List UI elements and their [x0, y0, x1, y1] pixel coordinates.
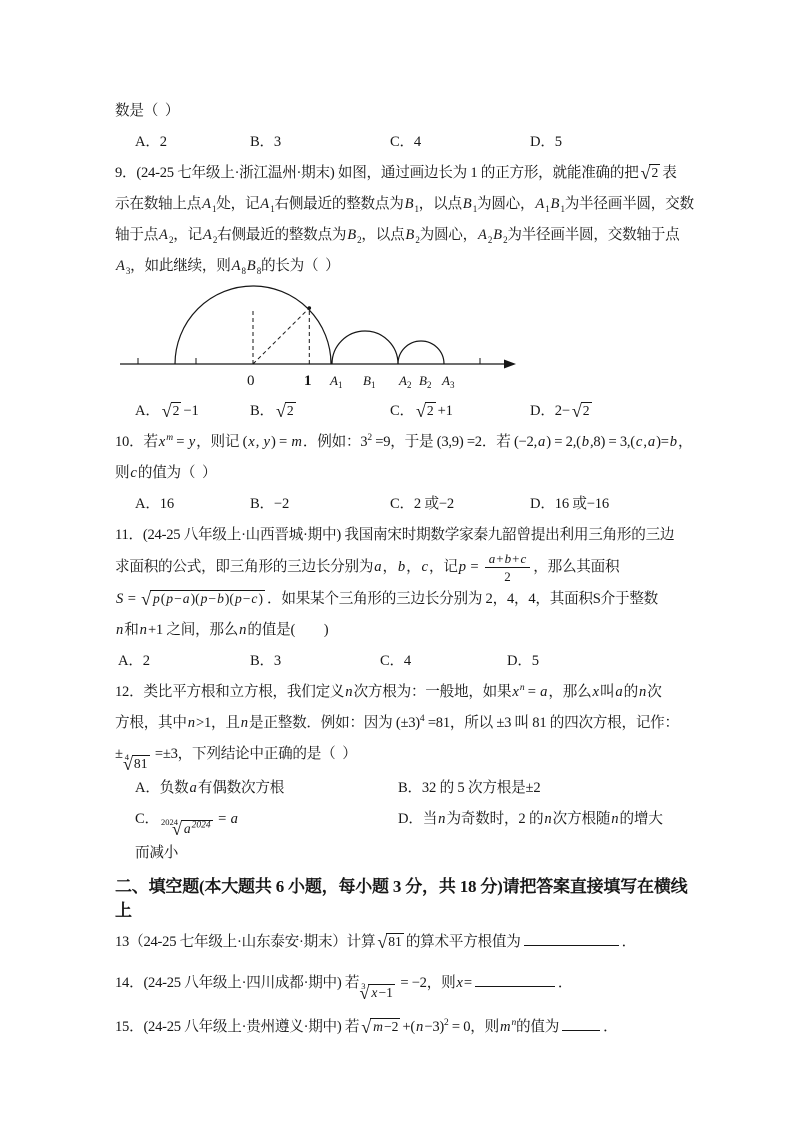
text-run: ，如此继续，则 [130, 258, 230, 274]
point-subscript: 3 [450, 380, 455, 390]
text-run: 11．(24-25 八年级上·山西晋城·期中) 我国南宋时期数学家秦九韶曾提出利… [115, 527, 674, 543]
nth-root: 4√81 [125, 755, 150, 773]
option-cell: C．2024√a2024 = a [135, 804, 398, 838]
math-variable: S [115, 591, 124, 607]
text-run: =±3，下列结论中正确的是（ ） [152, 746, 357, 762]
text-run: 次方根为：一般地，如果 [354, 684, 512, 700]
math-variable: b [581, 434, 590, 450]
text-run: ． [603, 1019, 617, 1035]
denominator: 2 [485, 568, 530, 585]
root-index: 3 [361, 982, 365, 991]
radicand: 2 [285, 402, 296, 420]
text-run: 求面积的公式，即三角形的三边长分别为 [115, 559, 373, 575]
text-run: 右侧最近的整数点为 [217, 227, 346, 243]
option-cell: C．4 [380, 646, 507, 677]
text-line: 则c的值为（ ） [115, 458, 703, 489]
math-variable: n [344, 684, 353, 700]
text-line: 示在数轴上点A1处，记A1右侧最近的整数点为B1，以点B1为圆心，A1B1为半径… [115, 189, 703, 220]
point-letter: A [329, 373, 338, 388]
text-run: A． [135, 403, 160, 419]
text-run: 叫 [600, 684, 614, 700]
text-line: 10．若xm = y，则记 (x, y) = m．例如：32 =9，于是 (3,… [115, 427, 703, 458]
text-line: 轴于点A2，记A2右侧最近的整数点为B2，以点B2为圆心，A2B2为半径画半圆，… [115, 220, 703, 251]
math-variable: c [519, 551, 527, 566]
text-run: − [208, 591, 216, 606]
text-run: = [124, 591, 139, 607]
text-run: ) [258, 591, 263, 606]
text-run: 的长为（ ） [261, 258, 340, 274]
numerator: a+b+c [485, 551, 530, 568]
fraction: a+b+c2 [485, 551, 530, 584]
point-subscript: 2 [427, 380, 432, 390]
text-run: 和 [124, 622, 138, 638]
text-run: B．3 [250, 134, 281, 150]
text-run: C．4 [380, 653, 411, 669]
text-run: ，以点 [419, 196, 462, 212]
text-run: )= [656, 434, 669, 450]
text-line: 方根，其中n>1，且n是正整数．例如：因为 (±3)4 =81，所以 ±3 叫 … [115, 708, 703, 739]
point-letter: A [398, 373, 407, 388]
math-variable: a [189, 780, 198, 796]
text-run: B． [250, 403, 274, 419]
text-run: 的 [624, 684, 638, 700]
subscript: 1 [545, 204, 549, 214]
math-variable: a [488, 551, 497, 566]
math-variable: A [201, 196, 212, 212]
text-run: 2 [287, 403, 294, 418]
options-row: A．16B．−2C．2 或−2D．16 或−16 [135, 489, 703, 520]
square-corner-point [308, 306, 312, 310]
text-run: D．2− [530, 403, 570, 419]
radicand: x−1 [368, 984, 395, 1002]
radicand: 81 [132, 755, 150, 773]
point-subscript: 1 [338, 380, 343, 390]
math-variable: a [614, 684, 623, 700]
text-run: 81 [134, 756, 148, 771]
text-line: 14．(24-25 八年级上·四川成都·期中) 若3√x−1 = −2，则x=． [115, 968, 703, 1002]
square-root: √2 [641, 164, 661, 182]
content-flow-top: 数是（ ）A．2B．3C．4D．59．(24-25 七年级上·浙江温州·期末) … [115, 96, 703, 282]
math-variable: b [669, 434, 678, 450]
text-run: C． [390, 403, 414, 419]
math-variable: b [216, 591, 225, 606]
text-run: 9．(24-25 七年级上·浙江温州·期末) 如图，通过画边长为 1 的正方形，… [115, 165, 639, 181]
math-variable: x [158, 434, 166, 450]
text-run: = [464, 975, 472, 991]
option-cell: A．√2−1 [135, 396, 250, 427]
point-letter: B [419, 373, 427, 388]
text-run: = [173, 434, 188, 450]
options-row: A．2B．3C．4D．5 [118, 646, 703, 677]
math-variable: A [477, 227, 488, 243]
option-cell: C．4 [390, 127, 530, 158]
text-run: ， [406, 559, 420, 575]
text-run: 为半径画半圆，交数轴于点 [507, 227, 679, 243]
point-label-a3: A3 [441, 373, 455, 390]
text-run: B．32 的 5 次方根是±2 [398, 780, 540, 796]
point-label-b1: B1 [363, 373, 375, 390]
text-run: D．16 或−16 [530, 496, 609, 512]
math-variable: n [240, 715, 249, 731]
text-run: ， [678, 434, 692, 450]
option-cell: D．16 或−16 [530, 489, 609, 520]
axis-arrow-icon [504, 360, 516, 369]
semicircle-medium [332, 331, 398, 364]
text-run: 右侧最近的整数点为 [274, 196, 403, 212]
math-variable: A [115, 258, 126, 274]
math-variable: x [591, 684, 599, 700]
option-cell: B．3 [250, 127, 390, 158]
text-run: =81，所以 ±3 叫 81 的四次方根，记作： [424, 715, 678, 731]
math-variable: a [183, 821, 192, 836]
math-variable: A [534, 196, 545, 212]
text-line: 9．(24-25 七年级上·浙江温州·期末) 如图，通过画边长为 1 的正方形，… [115, 158, 703, 189]
math-variable: A [259, 196, 270, 212]
number-line-diagram: 0 1 A1 B1 A2 B2 A3 [118, 284, 516, 396]
text-run: 次方根随 [553, 811, 611, 827]
math-variable: B [492, 227, 503, 243]
text-run: ) = [271, 434, 290, 450]
option-cell: B．√2 [250, 396, 390, 427]
option-cell: B．−2 [250, 489, 390, 520]
text-run: C．4 [390, 134, 421, 150]
radicand: 2 [425, 402, 436, 420]
math-variable: A [231, 258, 242, 274]
math-variable: x [247, 434, 255, 450]
square-root: √p(p−a)(p−b)(p−c) [141, 590, 265, 608]
math-variable: a [373, 559, 382, 575]
radicand: 2 [171, 402, 182, 420]
math-variable: n [543, 811, 552, 827]
point-subscript: 1 [371, 380, 376, 390]
square-root: √m−2 [361, 1018, 400, 1036]
text-run: 示在数轴上点 [115, 196, 201, 212]
text-run: 而减小 [135, 845, 178, 861]
text-run: ． [622, 934, 636, 950]
text-run: ．如果某个三角形的三边长分别为 2，4，4，其面积S介于整数 [267, 591, 658, 607]
option-cell: D．当n为奇数时，2 的n次方根随n的增大 [398, 804, 663, 838]
text-run: 处，记 [216, 196, 259, 212]
text-run: +1 [438, 403, 453, 419]
math-variable: p [234, 591, 243, 606]
point-label-a2: A2 [398, 373, 411, 390]
dashed-diagonal [253, 308, 309, 364]
text-run: ，那么其面积 [533, 559, 619, 575]
square-root: √81 [377, 933, 403, 951]
text-run: ± [115, 746, 123, 762]
text-run: 的增大 [620, 811, 663, 827]
text-line: 13（24-25 七年级上·山东泰安·期末）计算√81的算术平方根值为． [115, 927, 703, 958]
math-variable: p [152, 591, 161, 606]
point-label-a1: A1 [329, 373, 342, 390]
text-run: )( [225, 591, 234, 606]
text-run: 方根，其中 [115, 715, 187, 731]
text-run: 轴于点 [115, 227, 158, 243]
options-row: A．负数a有偶数次方根B．32 的 5 次方根是±2 [135, 773, 703, 804]
text-run: D．5 [530, 134, 562, 150]
point-label-b2: B2 [419, 373, 431, 390]
math-variable: B [246, 258, 257, 274]
text-run: ，则记 ( [196, 434, 247, 450]
text-run: >1，且 [196, 715, 240, 731]
math-variable: A [158, 227, 169, 243]
text-run: 数是（ ） [115, 103, 179, 119]
section-header: 二、填空题(本大题共 6 小题，每小题 3 分，共 18 分)请把答案直接填写在… [115, 875, 703, 899]
root-index: 2024 [161, 818, 178, 827]
text-run: −3) [424, 1019, 444, 1035]
text-run: ，以点 [361, 227, 404, 243]
text-run: 的算术平方根值为 [406, 934, 521, 950]
text-run: C． [135, 811, 159, 827]
text-run: 为奇数时，2 的 [446, 811, 543, 827]
text-run: 14．(24-25 八年级上·四川成都·期中) 若 [115, 975, 359, 991]
text-run: D．当 [398, 811, 437, 827]
text-line: ±4√81 =±3，下列结论中正确的是（ ） [115, 739, 703, 773]
text-line: 11．(24-25 八年级上·山西晋城·期中) 我国南宋时期数学家秦九韶曾提出利… [115, 520, 703, 551]
text-line: A3，如此继续，则A8B8的长为（ ） [115, 251, 703, 282]
option-cell: D．5 [507, 646, 539, 677]
option-cell: A．2 [118, 646, 250, 677]
text-line: n和n+1 之间，那么n的值是( ) [115, 615, 703, 646]
math-variable: x [511, 684, 519, 700]
text-run: 15．(24-25 八年级上·贵州遵义·期中) 若 [115, 1019, 359, 1035]
text-run: B．−2 [250, 496, 289, 512]
math-variable: n [187, 715, 196, 731]
math-variable: a [537, 434, 546, 450]
text-line: 求面积的公式，即三角形的三边长分别为a，b，c，记p = a+b+c2，那么其面… [115, 551, 703, 584]
math-variable: b [397, 559, 406, 575]
superscript: 2024 [192, 821, 211, 831]
option-cell: D．5 [530, 127, 562, 158]
text-run: ． [558, 975, 572, 991]
text-run: ,8) = 3,( [590, 434, 635, 450]
text-run: −2 [384, 1019, 398, 1034]
square-root: √2 [572, 402, 592, 420]
text-run: ，记 [429, 559, 458, 575]
radicand: m−2 [370, 1018, 400, 1036]
math-variable: p [458, 559, 467, 575]
math-variable: B [462, 196, 473, 212]
text-run: A．2 [135, 134, 167, 150]
section-header: 上 [115, 899, 703, 923]
nth-root: 3√x−1 [361, 984, 395, 1002]
text-run: A．2 [118, 653, 150, 669]
text-run: 上 [115, 901, 132, 920]
option-cell: C．√2+1 [390, 396, 530, 427]
square-root: √2 [162, 402, 182, 420]
text-run: 81 [388, 934, 402, 949]
text-run: ) = 2,( [546, 434, 580, 450]
point-letter: A [441, 373, 450, 388]
text-run: 二、填空题(本大题共 6 小题，每小题 3 分，共 18 分)请把答案直接填写在… [115, 877, 687, 896]
math-variable: B [404, 196, 415, 212]
text-run: 的值为 [516, 1019, 559, 1035]
text-run: = [467, 559, 482, 575]
nth-root: 2024√a2024 [161, 820, 213, 838]
text-run: = −2，则 [397, 975, 456, 991]
math-variable: m [499, 1019, 512, 1035]
math-variable: p [165, 591, 174, 606]
text-run: 表 [662, 165, 676, 181]
text-run: = [524, 684, 539, 700]
text-run: 10．若 [115, 434, 158, 450]
math-variable: c [129, 465, 137, 481]
math-variable: B [346, 227, 357, 243]
text-run: D．5 [507, 653, 539, 669]
option-cell: A．负数a有偶数次方根 [135, 773, 398, 804]
radicand: 2 [649, 164, 660, 182]
text-run: 为圆心， [477, 196, 534, 212]
text-run: 2 [583, 403, 590, 418]
text-line: S = √p(p−a)(p−b)(p−c)．如果某个三角形的三边长分别为 2，4… [115, 584, 703, 615]
text-run: −1 [183, 403, 198, 419]
origin-label: 0 [247, 373, 255, 389]
math-variable: m [372, 1019, 384, 1034]
math-variable: a [647, 434, 656, 450]
text-run: A．16 [135, 496, 174, 512]
math-variable: n [238, 622, 247, 638]
superscript: m [166, 433, 173, 443]
options-row: C．2024√a2024 = aD．当n为奇数时，2 的n次方根随n的增大 [135, 804, 703, 838]
text-run: 是正整数．例如：因为 (±3) [249, 715, 420, 731]
math-variable: x [455, 975, 463, 991]
text-run: ， [383, 559, 397, 575]
text-run: +( [402, 1019, 415, 1035]
document-page: 数是（ ）A．2B．3C．4D．59．(24-25 七年级上·浙江温州·期末) … [0, 0, 793, 1122]
math-variable: a [230, 811, 239, 827]
text-run: 2 [427, 403, 434, 418]
text-run: =9，于是 (3,9) =2．若 (−2, [372, 434, 537, 450]
text-line: 15．(24-25 八年级上·贵州遵义·期中) 若√m−2+(n−3)2 = 0… [115, 1012, 703, 1043]
text-line: 12．类比平方根和立方根，我们定义n次方根为：一般地，如果xn = a，那么x叫… [115, 677, 703, 708]
square-root: √2 [416, 402, 436, 420]
math-variable: c [421, 559, 429, 575]
text-run: = 0，则 [448, 1019, 499, 1035]
square-root: √2 [276, 402, 296, 420]
text-run: 2 [651, 165, 658, 180]
math-variable: B [550, 196, 561, 212]
text-run: 13（24-25 七年级上·山东泰安·期末）计算 [115, 934, 375, 950]
math-variable: m [290, 434, 303, 450]
answer-blank [475, 973, 555, 987]
semicircle-small [398, 341, 444, 364]
text-run: ，记 [173, 227, 202, 243]
text-run: 为圆心， [420, 227, 477, 243]
option-cell: D．2−√2 [530, 396, 594, 427]
radicand: 2 [581, 402, 592, 420]
math-variable: A [202, 227, 213, 243]
point-letter: B [363, 373, 371, 388]
math-variable: n [610, 811, 619, 827]
text-run: A．负数 [135, 780, 189, 796]
answer-blank [524, 932, 619, 946]
text-run: − [174, 591, 182, 606]
radicand: p(p−a)(p−b)(p−c) [150, 590, 265, 608]
text-run: 2 [504, 569, 511, 584]
math-variable: B [404, 227, 415, 243]
math-variable: n [415, 1019, 424, 1035]
text-run: , [256, 434, 263, 450]
text-run: ．例如：3 [303, 434, 367, 450]
text-run: −1 [378, 985, 392, 1000]
content-flow-bottom: A．√2−1B．√2C．√2+1D．2−√210．若xm = y，则记 (x, … [115, 396, 703, 1043]
text-run: 的值是( ) [247, 622, 328, 638]
math-variable: b [504, 551, 513, 566]
options-row: A．2B．3C．4D．5 [135, 127, 703, 158]
text-run: ，那么 [548, 684, 591, 700]
point-subscript: 2 [407, 380, 412, 390]
text-run: 12．类比平方根和立方根，我们定义 [115, 684, 344, 700]
text-run: )( [191, 591, 200, 606]
radicand: a2024 [181, 820, 213, 838]
option-cell: B．32 的 5 次方根是±2 [398, 773, 540, 804]
math-variable: n [638, 684, 647, 700]
math-variable: y [188, 434, 196, 450]
root-index: 4 [125, 753, 129, 762]
math-variable: a [182, 591, 191, 606]
text-run: +1 之间，那么 [148, 622, 238, 638]
math-variable: n [115, 622, 124, 638]
math-variable: y [263, 434, 271, 450]
text-run: 的值为（ ） [138, 465, 217, 481]
option-cell: A．16 [135, 489, 250, 520]
option-cell: C．2 或−2 [390, 489, 530, 520]
text-run: 2 [173, 403, 180, 418]
text-run: + [496, 551, 503, 566]
answer-blank [562, 1017, 600, 1031]
option-cell: A．2 [135, 127, 250, 158]
unit-label: 1 [304, 373, 312, 389]
text-run: C．2 或−2 [390, 496, 454, 512]
text-run: 次 [647, 684, 661, 700]
math-variable: n [139, 622, 148, 638]
text-run: 则 [115, 465, 129, 481]
radicand: 81 [386, 933, 404, 951]
text-line: 而减小 [135, 838, 703, 869]
text-run: 有偶数次方根 [198, 780, 284, 796]
text-line: 数是（ ） [115, 96, 703, 127]
text-run: = [215, 811, 230, 827]
option-cell: B．3 [250, 646, 380, 677]
options-row: A．√2−1B．√2C．√2+1D．2−√2 [135, 396, 703, 427]
text-run: 为半径画半圆，交数 [565, 196, 694, 212]
text-run: B．3 [250, 653, 281, 669]
